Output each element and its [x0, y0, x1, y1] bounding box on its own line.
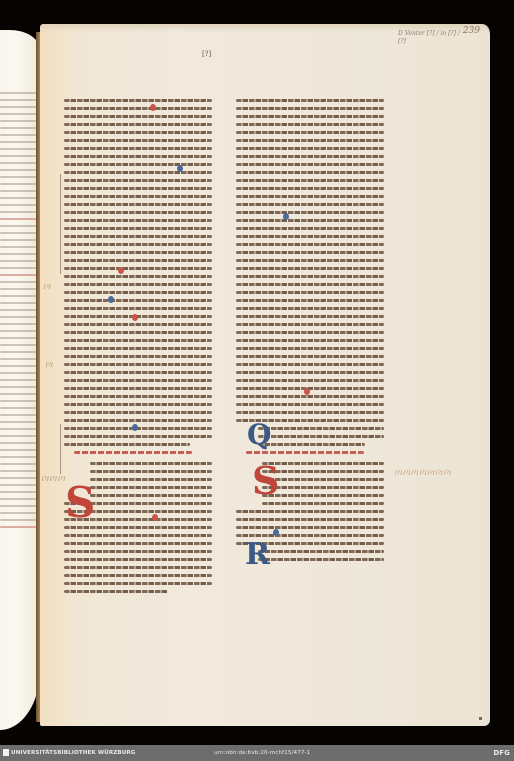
manuscript-page: [?] D Venter [?] / in [?] / [?] 239 [?] …	[40, 24, 490, 726]
margin-note: [?] [?] [?] [?] [?] [?] [?]	[385, 470, 461, 476]
margin-bracket	[60, 424, 61, 474]
viewer-footer: UNIVERSITÄTSBIBLIOTHEK WÜRZBURG urn:nbn:…	[0, 745, 514, 761]
decorated-initial-s: S	[65, 482, 95, 524]
paragraph-mark	[108, 296, 114, 303]
urn-identifier[interactable]: urn:nbn:de:bvb:20-mchf15/477-1	[214, 750, 310, 756]
paragraph-mark	[152, 514, 158, 521]
library-name: UNIVERSITÄTSBIBLIOTHEK WÜRZBURG	[11, 750, 135, 756]
library-logo[interactable]: UNIVERSITÄTSBIBLIOTHEK WÜRZBURG	[3, 749, 135, 756]
paragraph-mark	[177, 165, 183, 172]
paragraph-mark	[304, 388, 310, 395]
rubric-a	[74, 451, 192, 454]
decorated-initial-r: R	[245, 540, 270, 570]
library-logo-icon	[3, 749, 9, 756]
margin-note: [?]	[44, 284, 51, 290]
rubric-b	[246, 451, 364, 454]
margin-bracket	[60, 174, 61, 274]
paragraph-mark	[150, 104, 156, 111]
catchword: [?]	[202, 50, 211, 58]
page-mark	[479, 717, 482, 720]
folio-number: 239	[463, 26, 480, 36]
left-page-edge	[0, 30, 40, 730]
decorated-initial-s: S	[252, 462, 279, 500]
paragraph-mark	[273, 529, 279, 536]
decorated-initial-q: Q	[247, 421, 271, 449]
paragraph-mark	[132, 314, 138, 321]
dfg-logo[interactable]: DFG	[493, 749, 510, 757]
paragraph-mark	[118, 267, 124, 274]
left-page-text	[0, 92, 36, 612]
paragraph-mark	[283, 213, 289, 220]
paragraph-mark	[132, 424, 138, 431]
margin-note: [?] [?] [?]	[42, 476, 66, 482]
manuscript-scan: [?] D Venter [?] / in [?] / [?] 239 [?] …	[0, 0, 514, 745]
top-right-note: D Venter [?] / in [?] / [?]	[398, 30, 468, 46]
margin-note: [?]	[46, 362, 53, 368]
